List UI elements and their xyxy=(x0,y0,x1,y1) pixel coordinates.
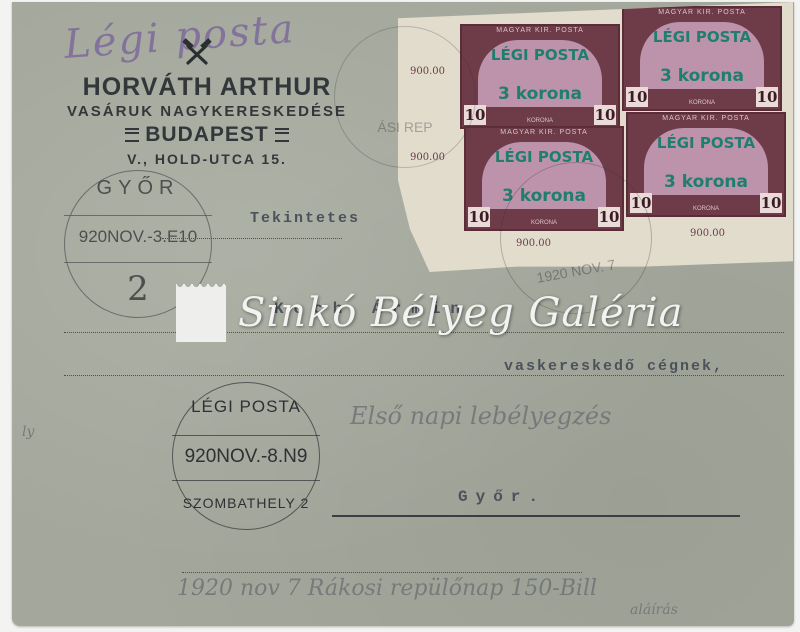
airmail-stamp: MAGYAR KIR. POSTA LÉGI POSTA 3 korona 10… xyxy=(626,112,786,217)
pencil-note-first-day: Első napi lebélyegzés xyxy=(350,402,611,430)
address-city: Győr. xyxy=(458,488,546,506)
address-line xyxy=(64,375,784,376)
airmail-stamp: MAGYAR KIR. POSTA LÉGI POSTA 3 korona 10… xyxy=(460,24,620,129)
address-underline xyxy=(332,515,740,517)
airmail-stamp: MAGYAR KIR. POSTA LÉGI POSTA 3 korona 10… xyxy=(622,6,782,111)
company-city: BUDAPEST xyxy=(145,123,269,146)
postmark-stamp-cancel: ÁSI REP xyxy=(334,26,476,168)
address-line xyxy=(162,238,342,239)
address-salutation: Tekintetes xyxy=(250,210,360,227)
pencil-note-bottom: 1920 nov 7 Rákosi repülőnap 150-Bill xyxy=(177,576,597,601)
triple-bar-ornament-icon xyxy=(275,128,289,142)
postmark-legi-posta-szombathely: LÉGI POSTA 920NOV.-8.N9 SZOMBATHELY 2 xyxy=(172,382,320,530)
crossed-hammers-icon xyxy=(182,38,212,66)
company-address: V., HOLD-UTCA 15. xyxy=(42,148,372,170)
watermark-text: Sinkó Bélyeg Galéria xyxy=(238,290,683,336)
triple-bar-ornament-icon xyxy=(125,128,139,142)
watermark: Sinkó Bélyeg Galéria xyxy=(176,284,683,342)
stamp-icon xyxy=(176,284,226,342)
company-business: VASÁRUK NAGYKERESKEDÉSE xyxy=(42,102,372,122)
address-line3: vaskereskedő cégnek, xyxy=(504,358,724,375)
pencil-note-margin: ly xyxy=(22,424,34,440)
pencil-note-bottom-sub: aláírás xyxy=(630,602,678,618)
address-line xyxy=(182,572,582,573)
control-number: 900.00 xyxy=(690,228,725,239)
handwritten-legi-posta: Légi posta xyxy=(63,6,297,68)
company-name: HORVÁTH ARTHUR xyxy=(42,72,372,102)
letterhead: HORVÁTH ARTHUR VASÁRUK NAGYKERESKEDÉSE B… xyxy=(42,72,372,170)
company-city-line: BUDAPEST xyxy=(42,122,372,148)
